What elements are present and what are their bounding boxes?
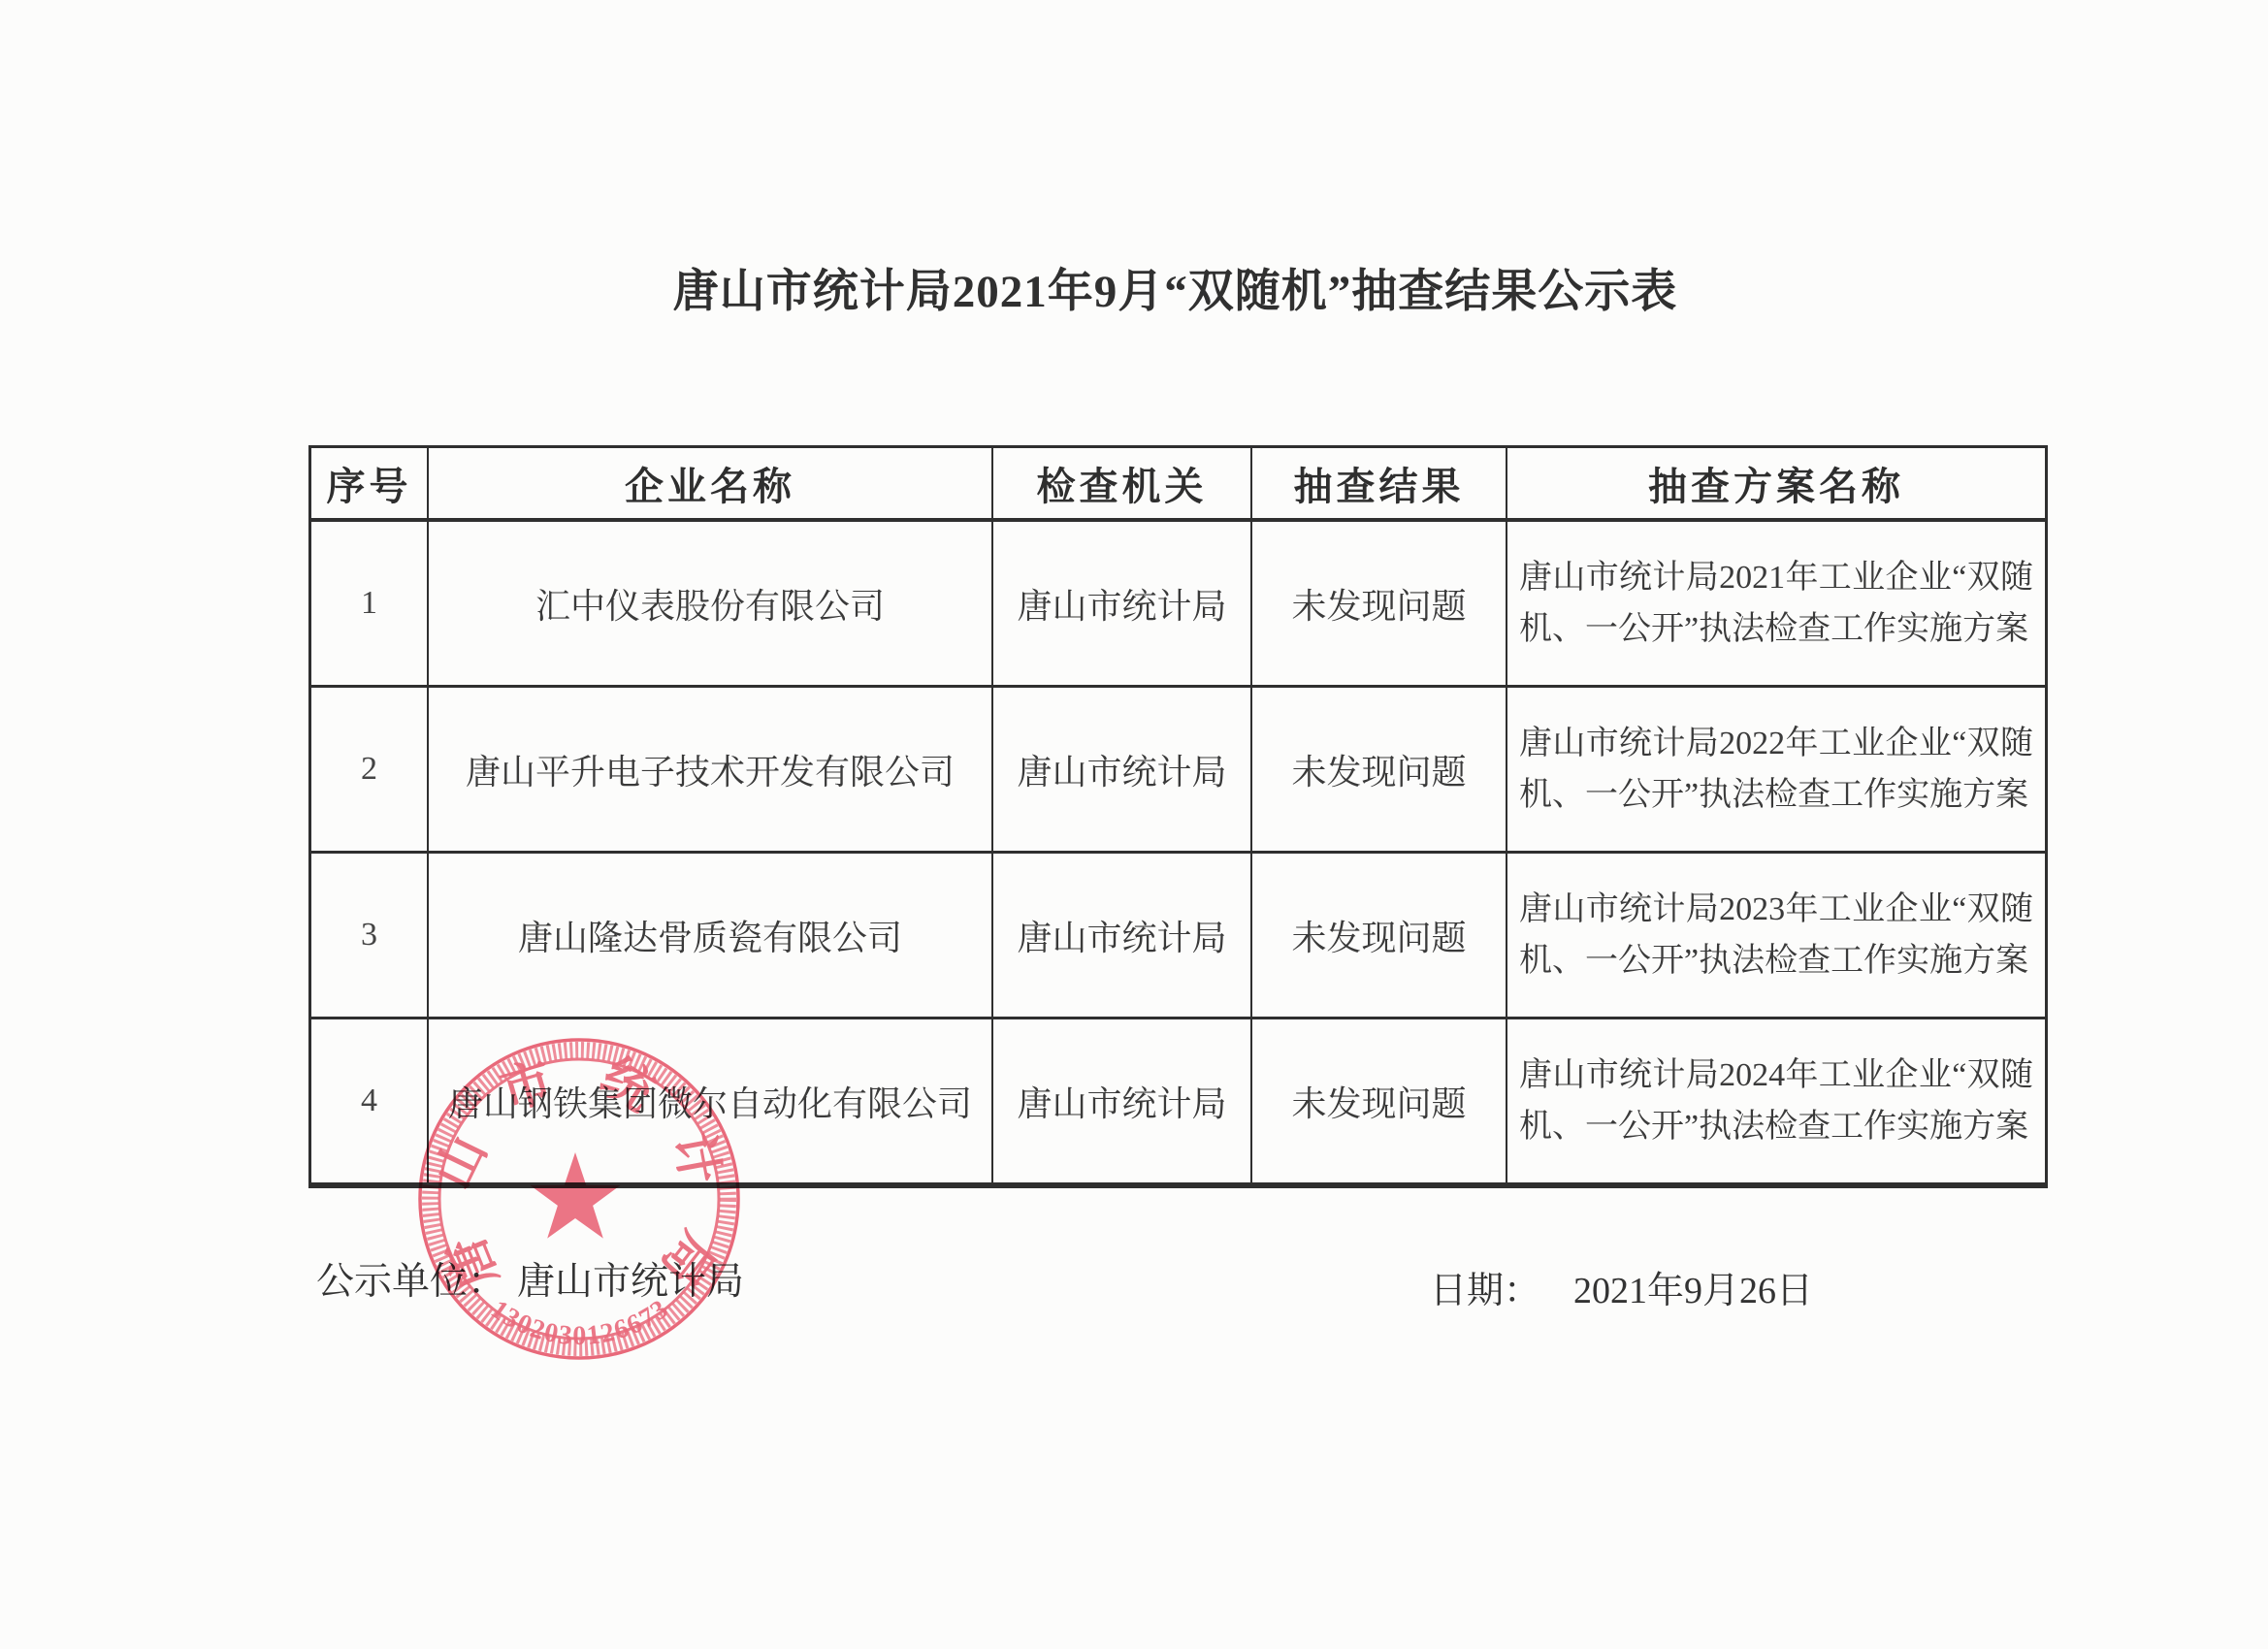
cell-agency: 唐山市统计局 — [993, 688, 1252, 854]
plan-text: 唐山市统计局2021年工业企业“双随机、一公开”执法检查工作实施方案 — [1519, 552, 2033, 655]
cell-company: 唐山隆达骨质瓷有限公司 — [429, 854, 993, 1019]
col-header-no: 序号 — [311, 448, 429, 522]
cell-result: 未发现问题 — [1252, 688, 1507, 854]
cell-agency: 唐山市统计局 — [993, 522, 1252, 688]
cell-company: 唐山钢铁集团微尔自动化有限公司 — [429, 1019, 993, 1185]
cell-agency: 唐山市统计局 — [993, 854, 1252, 1019]
scanned-document-page: 唐山市统计局2021年9月“双随机”抽查结果公示表 序号 企业名称 检查机关 抽… — [0, 0, 2268, 1649]
cell-result: 未发现问题 — [1252, 1019, 1507, 1185]
publisher-value: 唐山市统计局 — [517, 1261, 744, 1303]
cell-plan: 唐山市统计局2024年工业企业“双随机、一公开”执法检查工作实施方案 — [1507, 1019, 2045, 1185]
cell-company: 汇中仪表股份有限公司 — [429, 522, 993, 688]
cell-plan: 唐山市统计局2022年工业企业“双随机、一公开”执法检查工作实施方案 — [1507, 688, 2045, 854]
cell-no: 2 — [311, 688, 429, 854]
cell-no: 3 — [311, 854, 429, 1019]
date-value: 2021年9月26日 — [1573, 1271, 1813, 1311]
cell-result: 未发现问题 — [1252, 854, 1507, 1019]
cell-plan: 唐山市统计局2023年工业企业“双随机、一公开”执法检查工作实施方案 — [1507, 854, 2045, 1019]
cell-no: 1 — [311, 522, 429, 688]
inspection-results-table: 序号 企业名称 检查机关 抽查结果 抽查方案名称 1 汇中仪表股份有限公司 唐山… — [308, 445, 2048, 1188]
plan-text: 唐山市统计局2024年工业企业“双随机、一公开”执法检查工作实施方案 — [1519, 1050, 2033, 1152]
col-header-agency: 检查机关 — [993, 448, 1252, 522]
cell-agency: 唐山市统计局 — [993, 1019, 1252, 1185]
date-label: 日期： — [1430, 1271, 1540, 1311]
page-title: 唐山市统计局2021年9月“双随机”抽查结果公示表 — [308, 266, 2042, 318]
col-header-result: 抽查结果 — [1252, 448, 1507, 522]
cell-no: 4 — [311, 1019, 429, 1185]
plan-text: 唐山市统计局2023年工业企业“双随机、一公开”执法检查工作实施方案 — [1519, 884, 2033, 986]
date-line: 日期：2021年9月26日 — [1430, 1260, 1813, 1313]
cell-result: 未发现问题 — [1252, 522, 1507, 688]
plan-text: 唐山市统计局2022年工业企业“双随机、一公开”执法检查工作实施方案 — [1519, 718, 2033, 821]
cell-company: 唐山平升电子技术开发有限公司 — [429, 688, 993, 854]
col-header-plan: 抽查方案名称 — [1507, 448, 2045, 522]
publisher-line: 公示单位：唐山市统计局 — [316, 1251, 744, 1306]
publisher-label: 公示单位： — [316, 1261, 505, 1303]
cell-plan: 唐山市统计局2021年工业企业“双随机、一公开”执法检查工作实施方案 — [1507, 522, 2045, 688]
col-header-company: 企业名称 — [429, 448, 993, 522]
